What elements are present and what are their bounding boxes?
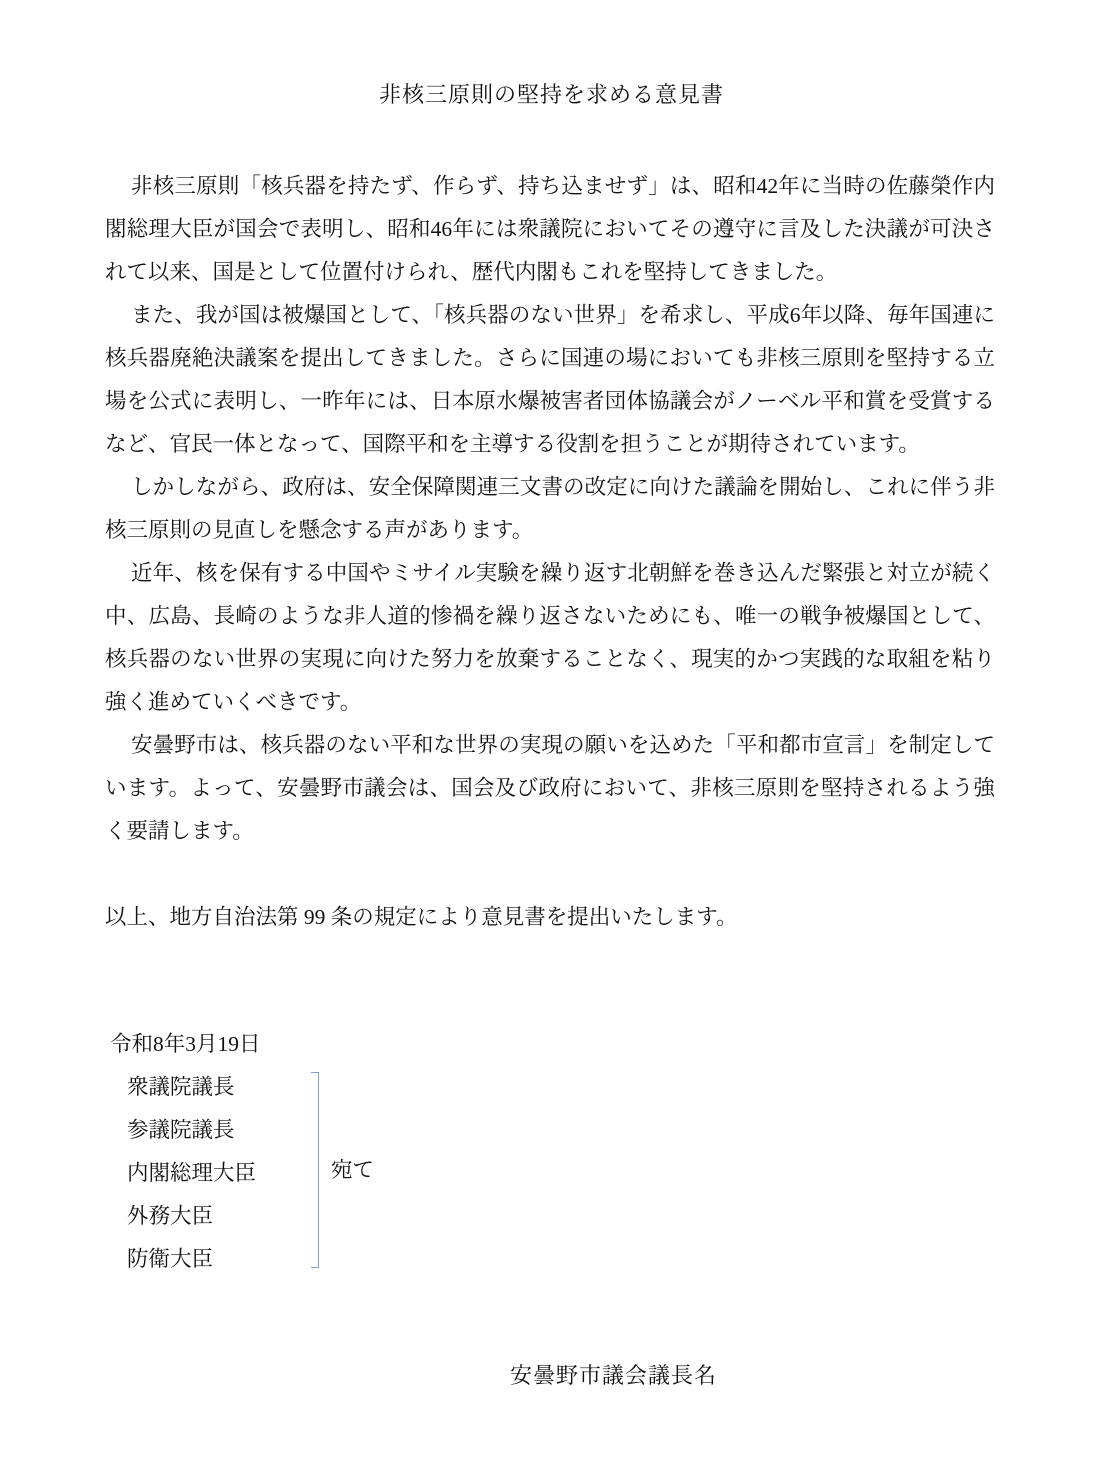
recipient-foreign-minister: 外務大臣 [127, 1195, 311, 1238]
paragraph-4: 近年、核を保有する中国やミサイル実験を繰り返す北朝鮮を巻き込んだ緊張と対立が続く… [105, 552, 995, 724]
paragraph-3: しかしながら、政府は、安全保障関連三文書の改定に向けた議論を開始し、これに伴う非… [105, 466, 995, 552]
document-page: 非核三原則の堅持を求める意見書 非核三原則「核兵器を持たず、作らず、持ち込ませず… [0, 0, 1103, 1468]
recipient-defense-minister: 防衛大臣 [127, 1238, 311, 1281]
paragraph-2: また、我が国は被爆国として、「核兵器のない世界」を希求し、平成6年以降、毎年国連… [105, 294, 995, 466]
recipient-house-of-councillors-president: 参議院議長 [127, 1109, 311, 1152]
paragraph-1: 非核三原則「核兵器を持たず、作らず、持ち込ませず」は、昭和42年に当時の佐藤榮作… [105, 165, 995, 294]
recipient-suffix-label: 宛て [331, 1149, 374, 1192]
recipient-prime-minister: 内閣総理大臣 [127, 1152, 311, 1195]
paragraph-5: 安曇野市は、核兵器のない平和な世界の実現の願いを込めた「平和都市宣言」を制定して… [105, 724, 995, 853]
document-body: 非核三原則「核兵器を持たず、作らず、持ち込ませず」は、昭和42年に当時の佐藤榮作… [105, 165, 995, 1397]
document-date: 令和8年3月19日 [105, 1023, 995, 1066]
document-title: 非核三原則の堅持を求める意見書 [0, 80, 1103, 110]
recipient-house-of-representatives-speaker: 衆議院議長 [127, 1066, 311, 1109]
recipients-list: 衆議院議長 参議院議長 内閣総理大臣 外務大臣 防衛大臣 [105, 1066, 311, 1281]
closing-statement: 以上、地方自治法第 99 条の規定により意見書を提出いたします。 [105, 896, 995, 939]
recipients-bracket [311, 1072, 319, 1268]
signature-council-chair: 安曇野市議会議長名 [105, 1354, 995, 1397]
recipients-block: 衆議院議長 参議院議長 内閣総理大臣 外務大臣 防衛大臣 宛て [105, 1066, 995, 1281]
